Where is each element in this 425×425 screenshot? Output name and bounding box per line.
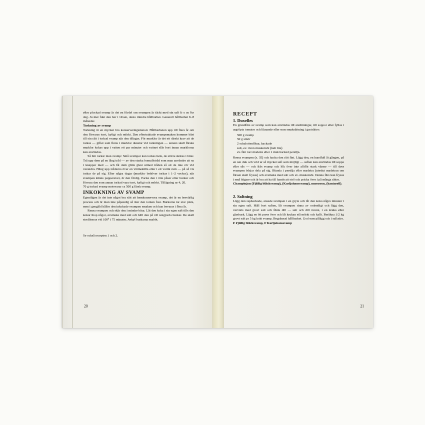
photo-background: efter plockad svamp är det en fördel om … <box>0 0 425 425</box>
duxelles-intro: En grundfärs av svamp som kan användas t… <box>233 124 344 133</box>
saltning-paragraph: Lägg den rephackade, ansade svampen i en… <box>233 200 344 222</box>
recept-heading: RECEPT <box>233 111 344 118</box>
book-gutter <box>212 96 225 328</box>
saltning-mushroom-list: F Fjällig bläcksvamp, F Karljohanssvamp <box>233 221 344 225</box>
inkokning-paragraph-1: Egentligen är det inte något bra sätt at… <box>83 196 194 209</box>
left-page-text-column: efter plockad svamp är det en fördel om … <box>83 111 194 239</box>
duxelles-mushroom-list: Champinjon (Fjällig bläcksvamp), (Karljo… <box>233 182 344 186</box>
left-page: efter plockad svamp är det en fördel om … <box>62 96 212 328</box>
torkning-paragraph-1: Torkning är en mycket bra konserveringsm… <box>83 129 194 155</box>
right-page-text-column: RECEPT 1. Duxelles En grundfärs av svamp… <box>233 111 344 226</box>
right-page-number: 21 <box>334 304 364 309</box>
gutter-crease-line <box>72 96 73 328</box>
inkokning-note: Se också recepten 1 och 2. <box>83 234 194 238</box>
book-spread: efter plockad svamp är det en fördel om … <box>62 96 373 328</box>
duxelles-method: Rensa svampen (s. 35) och hacka den rätt… <box>233 156 344 182</box>
left-intro-paragraph: efter plockad svamp är det en fördel om … <box>83 111 194 124</box>
right-page: RECEPT 1. Duxelles En grundfärs av svamp… <box>224 96 373 328</box>
ingredient-item: ev. fint torr madeira eller 1 msk hackad… <box>237 151 344 155</box>
inkokning-paragraph-2: Rensa svampen och skär den i mindre bita… <box>83 209 194 222</box>
torkning-paragraph-2: Så här torkar man svamp: Små svampar kan… <box>83 155 194 185</box>
duxelles-ingredient-list: 500 g svamp 50 g smör 2 schalottenlökar,… <box>233 133 344 155</box>
left-page-number: 20 <box>84 304 114 309</box>
